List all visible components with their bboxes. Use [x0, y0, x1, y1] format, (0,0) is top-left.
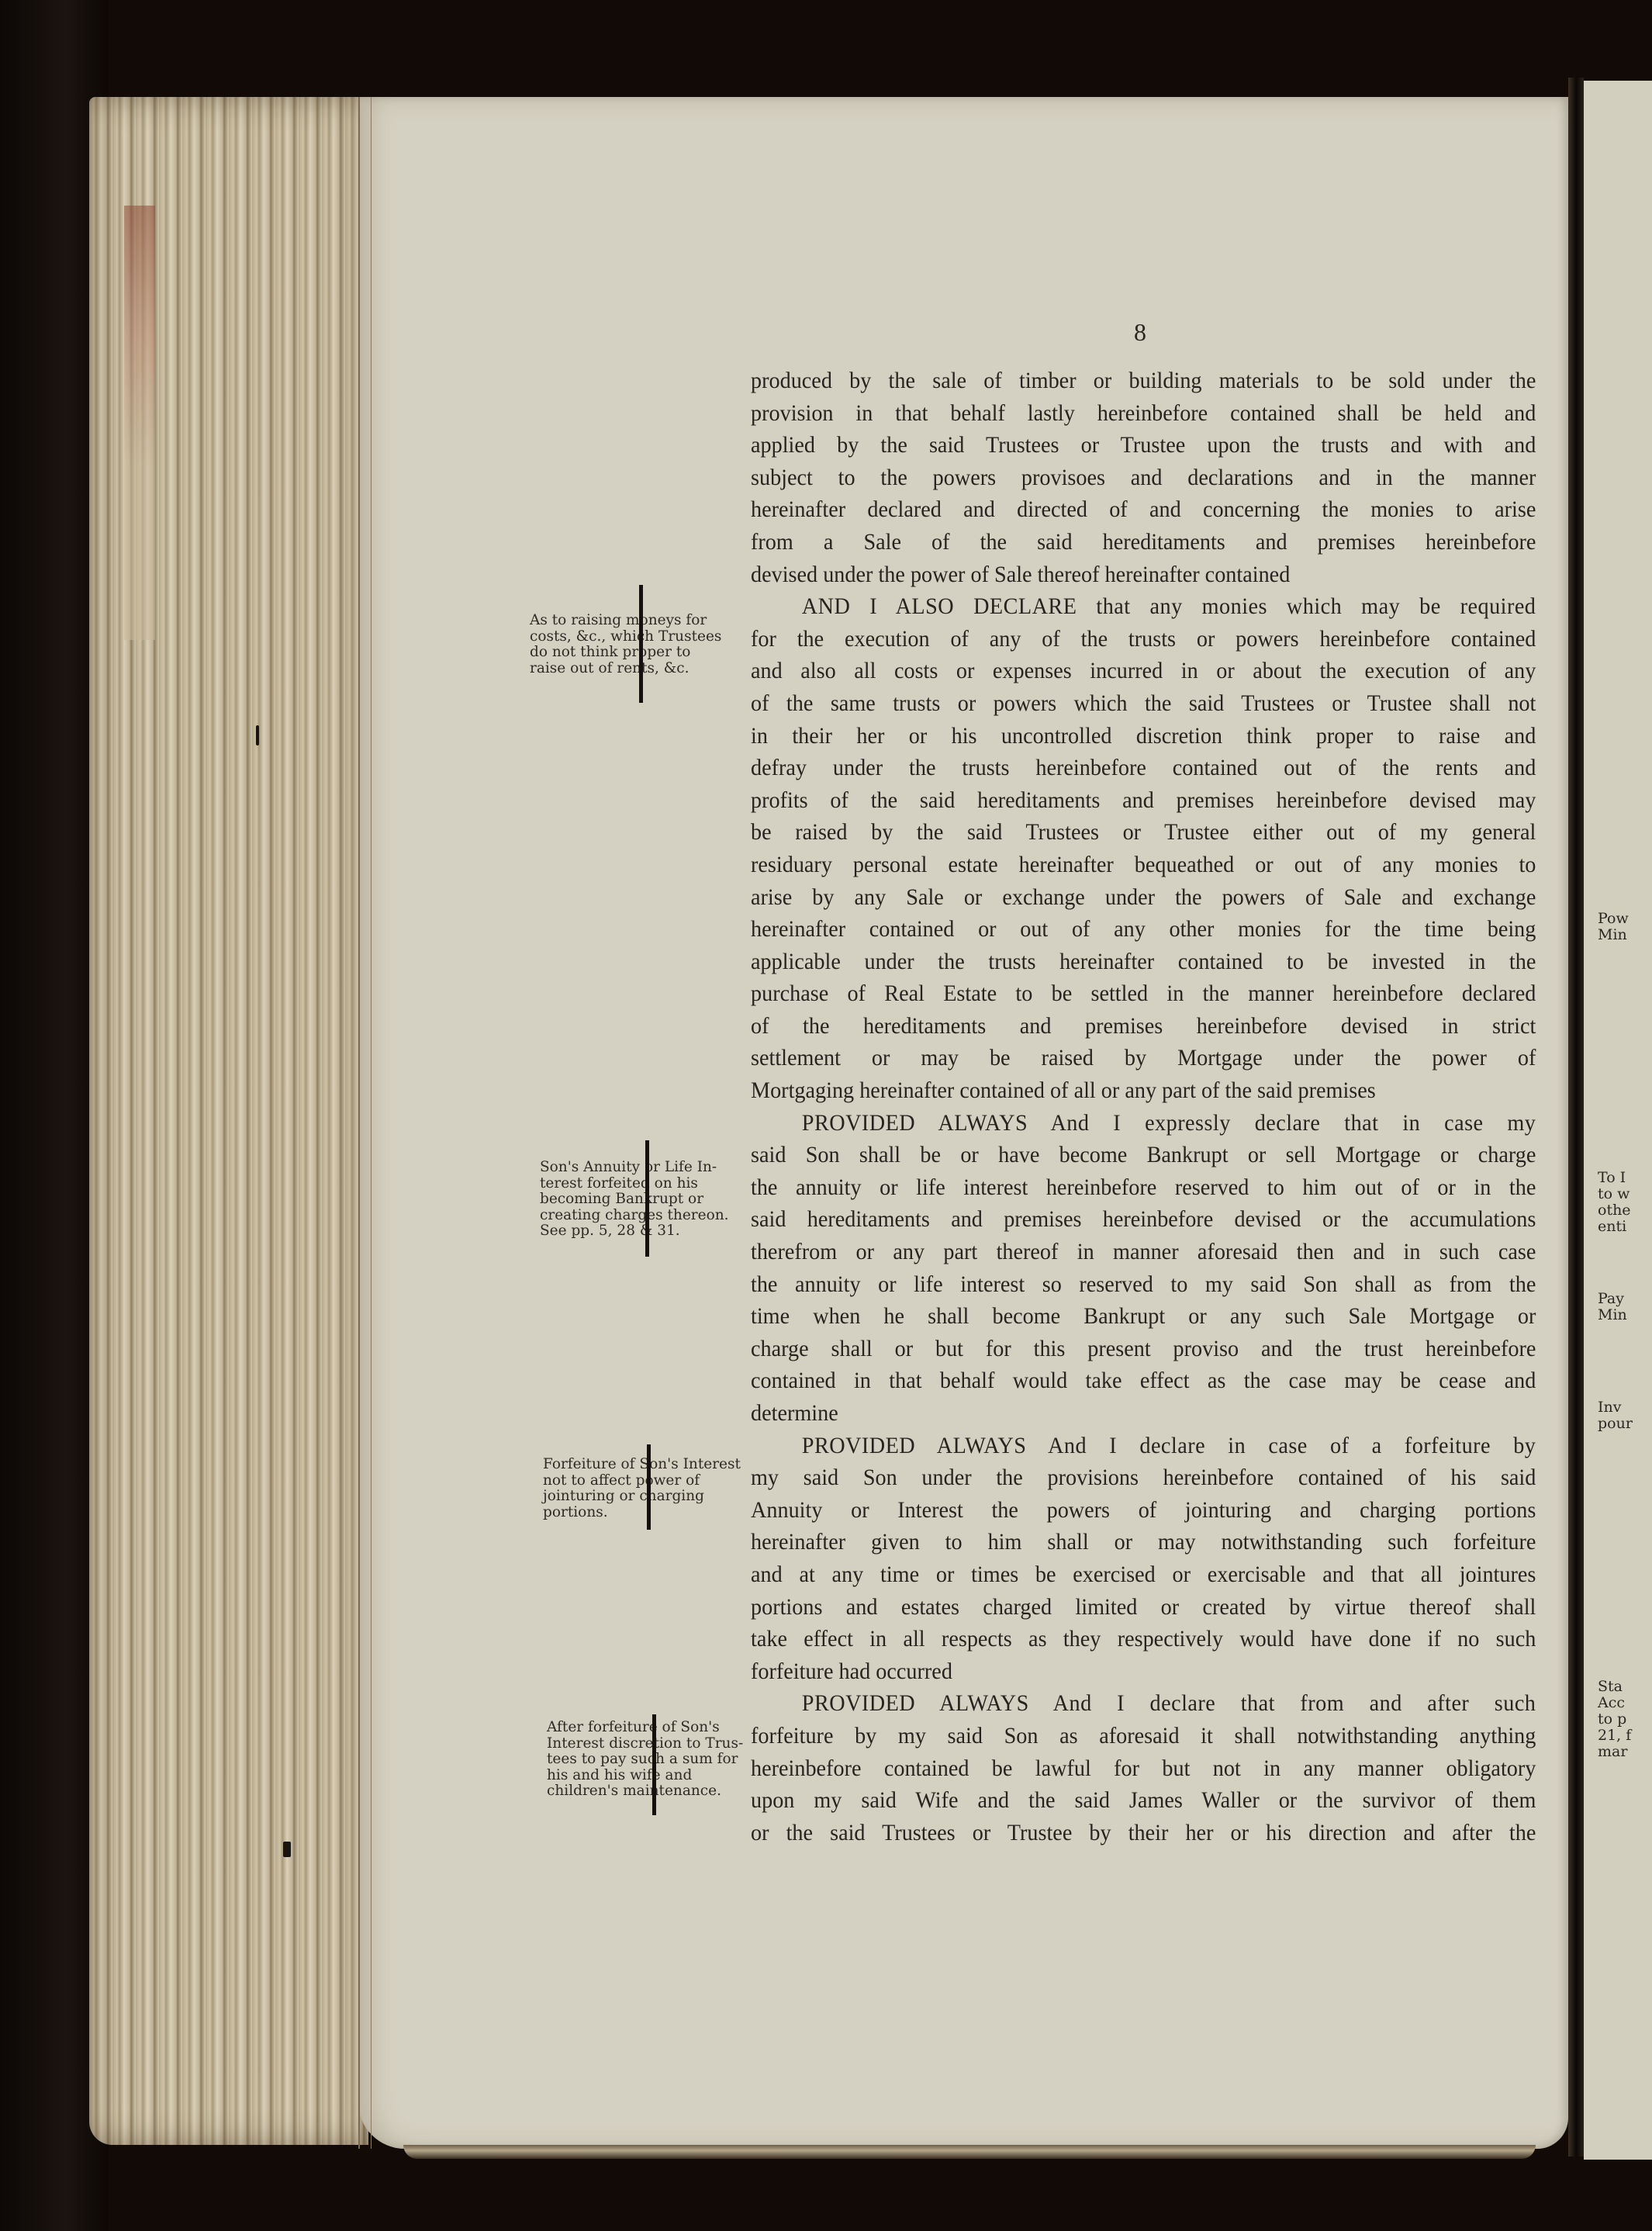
text-line: of the same trusts or powers which the s…	[751, 687, 1536, 720]
margin-note-maintenance: After forfeiture of Son's Interest discr…	[547, 1720, 743, 1800]
margin-rule	[652, 1714, 656, 1815]
facing-margin-note: Sta Acc to p 21, f mar	[1598, 1679, 1631, 1760]
text-line: profits of the said hereditaments and pr…	[751, 784, 1536, 817]
text-line: in their her or his uncontrolled discret…	[751, 720, 1536, 752]
text-line: hereinafter given to him shall or may no…	[751, 1526, 1536, 1558]
facing-margin-note: Inv pour	[1598, 1399, 1633, 1432]
text-line: time when he shall become Bankrupt or an…	[751, 1300, 1536, 1333]
facing-margin-note: To I to w othe enti	[1598, 1170, 1631, 1235]
text-line: the annuity or life interest so reserved…	[751, 1268, 1536, 1301]
text-line: for the execution of any of the trusts o…	[751, 623, 1536, 655]
text-line: my said Son under the provisions hereinb…	[751, 1461, 1536, 1494]
text-line: contained in that behalf would take effe…	[751, 1365, 1536, 1397]
text-line: of the hereditaments and premises herein…	[751, 1010, 1536, 1043]
margin-rule	[647, 1444, 651, 1530]
body-text: produced by the sale of timber or buildi…	[751, 365, 1536, 1849]
text-line: arise by any Sale or exchange under the …	[751, 881, 1536, 914]
text-line: or the said Trustees or Trustee by their…	[751, 1817, 1536, 1849]
text-line: forfeiture by my said Son as aforesaid i…	[751, 1720, 1536, 1752]
margin-rule	[645, 1140, 649, 1257]
text-line: subject to the powers provisoes and decl…	[751, 462, 1536, 494]
text-line: and at any time or times be exercised or…	[751, 1558, 1536, 1591]
text-line: be raised by the said Trustees or Truste…	[751, 816, 1536, 849]
text-line: applied by the said Trustees or Trustee …	[751, 429, 1536, 462]
page-number: 8	[1134, 318, 1146, 347]
ink-speck	[256, 725, 259, 745]
text-line: take effect in all respects as they resp…	[751, 1623, 1536, 1655]
margin-rule	[639, 585, 643, 703]
text-line: provision in that behalf lastly hereinbe…	[751, 397, 1536, 430]
page-edge-stack	[89, 97, 368, 2145]
facing-margin-note: Pow Min	[1598, 911, 1629, 943]
page-tab-marker	[124, 206, 155, 640]
text-line: from a Sale of the said hereditaments an…	[751, 526, 1536, 559]
margin-note-forfeiture-jointuring: Forfeiture of Son's Interest not to affe…	[543, 1457, 741, 1520]
margin-note-raising-moneys: As to raising moneys for costs, &c., whi…	[530, 613, 721, 676]
text-line: therefrom or any part thereof in manner …	[751, 1236, 1536, 1268]
book-gutter	[1568, 78, 1584, 2157]
text-line: hereinbefore contained be lawful for but…	[751, 1752, 1536, 1785]
text-line: charge shall or but for this present pro…	[751, 1333, 1536, 1365]
paragraph-start: PROVIDED ALWAYS And I declare that from …	[751, 1687, 1536, 1720]
text-line: defray under the trusts hereinbefore con…	[751, 752, 1536, 784]
text-line: the annuity or life interest hereinbefor…	[751, 1171, 1536, 1204]
page-bottom-edge	[403, 2145, 1536, 2159]
text-line: portions and estates charged limited or …	[751, 1591, 1536, 1624]
paragraph-start: PROVIDED ALWAYS And I expressly declare …	[751, 1107, 1536, 1140]
paragraph-start: PROVIDED ALWAYS And I declare in case of…	[751, 1430, 1536, 1462]
text-line: Annuity or Interest the powers of jointu…	[751, 1494, 1536, 1527]
text-line: settlement or may be raised by Mortgage …	[751, 1042, 1536, 1074]
paragraph-start: AND I ALSO DECLARE that any monies which…	[751, 590, 1536, 623]
text-line: hereinafter contained or out of any othe…	[751, 913, 1536, 946]
text-line: said hereditaments and premises hereinbe…	[751, 1203, 1536, 1236]
text-line: applicable under the trusts hereinafter …	[751, 946, 1536, 978]
text-line: residuary personal estate hereinafter be…	[751, 849, 1536, 881]
text-line: devised under the power of Sale thereof …	[751, 559, 1536, 591]
text-line: Mortgaging hereinafter contained of all …	[751, 1074, 1536, 1107]
text-line: and also all costs or expenses incurred …	[751, 655, 1536, 687]
facing-page-fragment: Pow Min To I to w othe enti Pay Min Inv …	[1584, 81, 1652, 2160]
text-line: forfeiture had occurred	[751, 1655, 1536, 1688]
facing-margin-note: Pay Min	[1598, 1291, 1627, 1323]
ink-speck	[283, 1842, 291, 1857]
margin-note-annuity-forfeited: Son's Annuity or Life In- terest forfeit…	[540, 1160, 729, 1240]
text-line: upon my said Wife and the said James Wal…	[751, 1784, 1536, 1817]
text-line: produced by the sale of timber or buildi…	[751, 365, 1536, 397]
text-line: purchase of Real Estate to be settled in…	[751, 977, 1536, 1010]
text-line: determine	[751, 1397, 1536, 1430]
text-line: hereinafter declared and directed of and…	[751, 493, 1536, 526]
text-line: said Son shall be or have become Bankrup…	[751, 1139, 1536, 1171]
